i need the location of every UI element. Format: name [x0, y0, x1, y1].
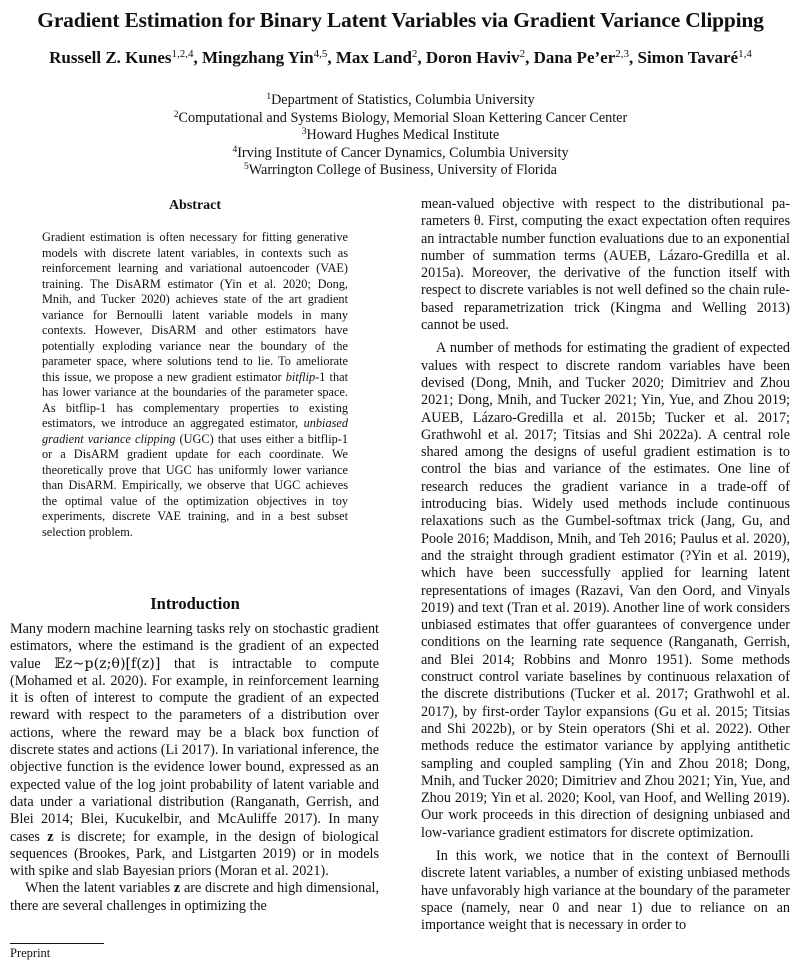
intro-paragraph-1: Many modern machine learning tasks rely … [10, 621, 379, 880]
author-affiliation-marker: 2 [412, 48, 418, 60]
affiliation-text: Irving Institute of Cancer Dynamics, Col… [237, 145, 568, 161]
author-name: Russell Z. Kunes [49, 48, 171, 67]
paragraph-text: When the latent variables [25, 880, 174, 896]
affiliation-text: Warrington College of Business, Universi… [249, 162, 557, 178]
footnote-divider [10, 943, 104, 944]
left-column: Many modern machine learning tasks rely … [10, 621, 379, 915]
affiliation: 5Warrington College of Business, Univers… [0, 162, 801, 180]
expectation-formula: 𝔼z∼p(z;θ)[f(z)] [54, 656, 160, 672]
introduction-heading: Introduction [10, 594, 380, 614]
intro-paragraph-2-continued: mean-valued objective with respect to th… [421, 196, 790, 334]
abstract-body: Gradient estimation is often necessary f… [42, 230, 348, 540]
affiliation-list: 1Department of Statistics, Columbia Univ… [0, 92, 801, 180]
abstract-heading: Abstract [42, 198, 348, 214]
author-name: Mingzhang Yin [202, 48, 314, 67]
author-name: Dana Pe’er [534, 48, 616, 67]
author-name: Simon Tavaré [638, 48, 739, 67]
paper-title: Gradient Estimation for Binary Latent Va… [0, 8, 801, 33]
author-affiliation-marker: 2 [520, 48, 526, 60]
affiliation: 1Department of Statistics, Columbia Univ… [0, 92, 801, 110]
intro-paragraph-2: When the latent variables z are discrete… [10, 880, 379, 915]
author-name: Max Land [336, 48, 412, 67]
author-affiliation-marker: 2,3 [615, 48, 629, 60]
abstract-text: Gradient estimation is often necessary f… [42, 230, 348, 384]
intro-paragraph-3: A number of methods for estimating the g… [421, 340, 790, 842]
affiliation-text: Department of Statistics, Columbia Unive… [271, 92, 535, 108]
affiliation-text: Computational and Systems Biology, Memor… [179, 110, 628, 126]
affiliation: 4Irving Institute of Cancer Dynamics, Co… [0, 145, 801, 163]
paragraph-text: that is intractable to com­pute (Mohamed… [10, 656, 379, 845]
intro-paragraph-4: In this work, we notice that in the cont… [421, 848, 790, 934]
author-list: Russell Z. Kunes1,2,4, Mingzhang Yin4,5,… [30, 46, 771, 70]
author-affiliation-marker: 4,5 [314, 48, 328, 60]
footnote-preprint: Preprint [10, 946, 50, 961]
affiliation: 3Howard Hughes Medical Institute [0, 127, 801, 145]
bitflip-term: bitflip [286, 370, 315, 384]
author-affiliation-marker: 1,2,4 [171, 48, 193, 60]
abstract-text: (UGC) that uses either a bitflip-1 or a … [42, 432, 348, 539]
author-name: Doron Haviv [426, 48, 520, 67]
paragraph-text: is discrete; for example, in the design … [10, 829, 379, 880]
right-column: mean-valued objective with respect to th… [421, 196, 790, 934]
affiliation: 2Computational and Systems Biology, Memo… [0, 110, 801, 128]
affiliation-text: Howard Hughes Medical Institute [307, 127, 500, 143]
author-affiliation-marker: 1,4 [738, 48, 752, 60]
